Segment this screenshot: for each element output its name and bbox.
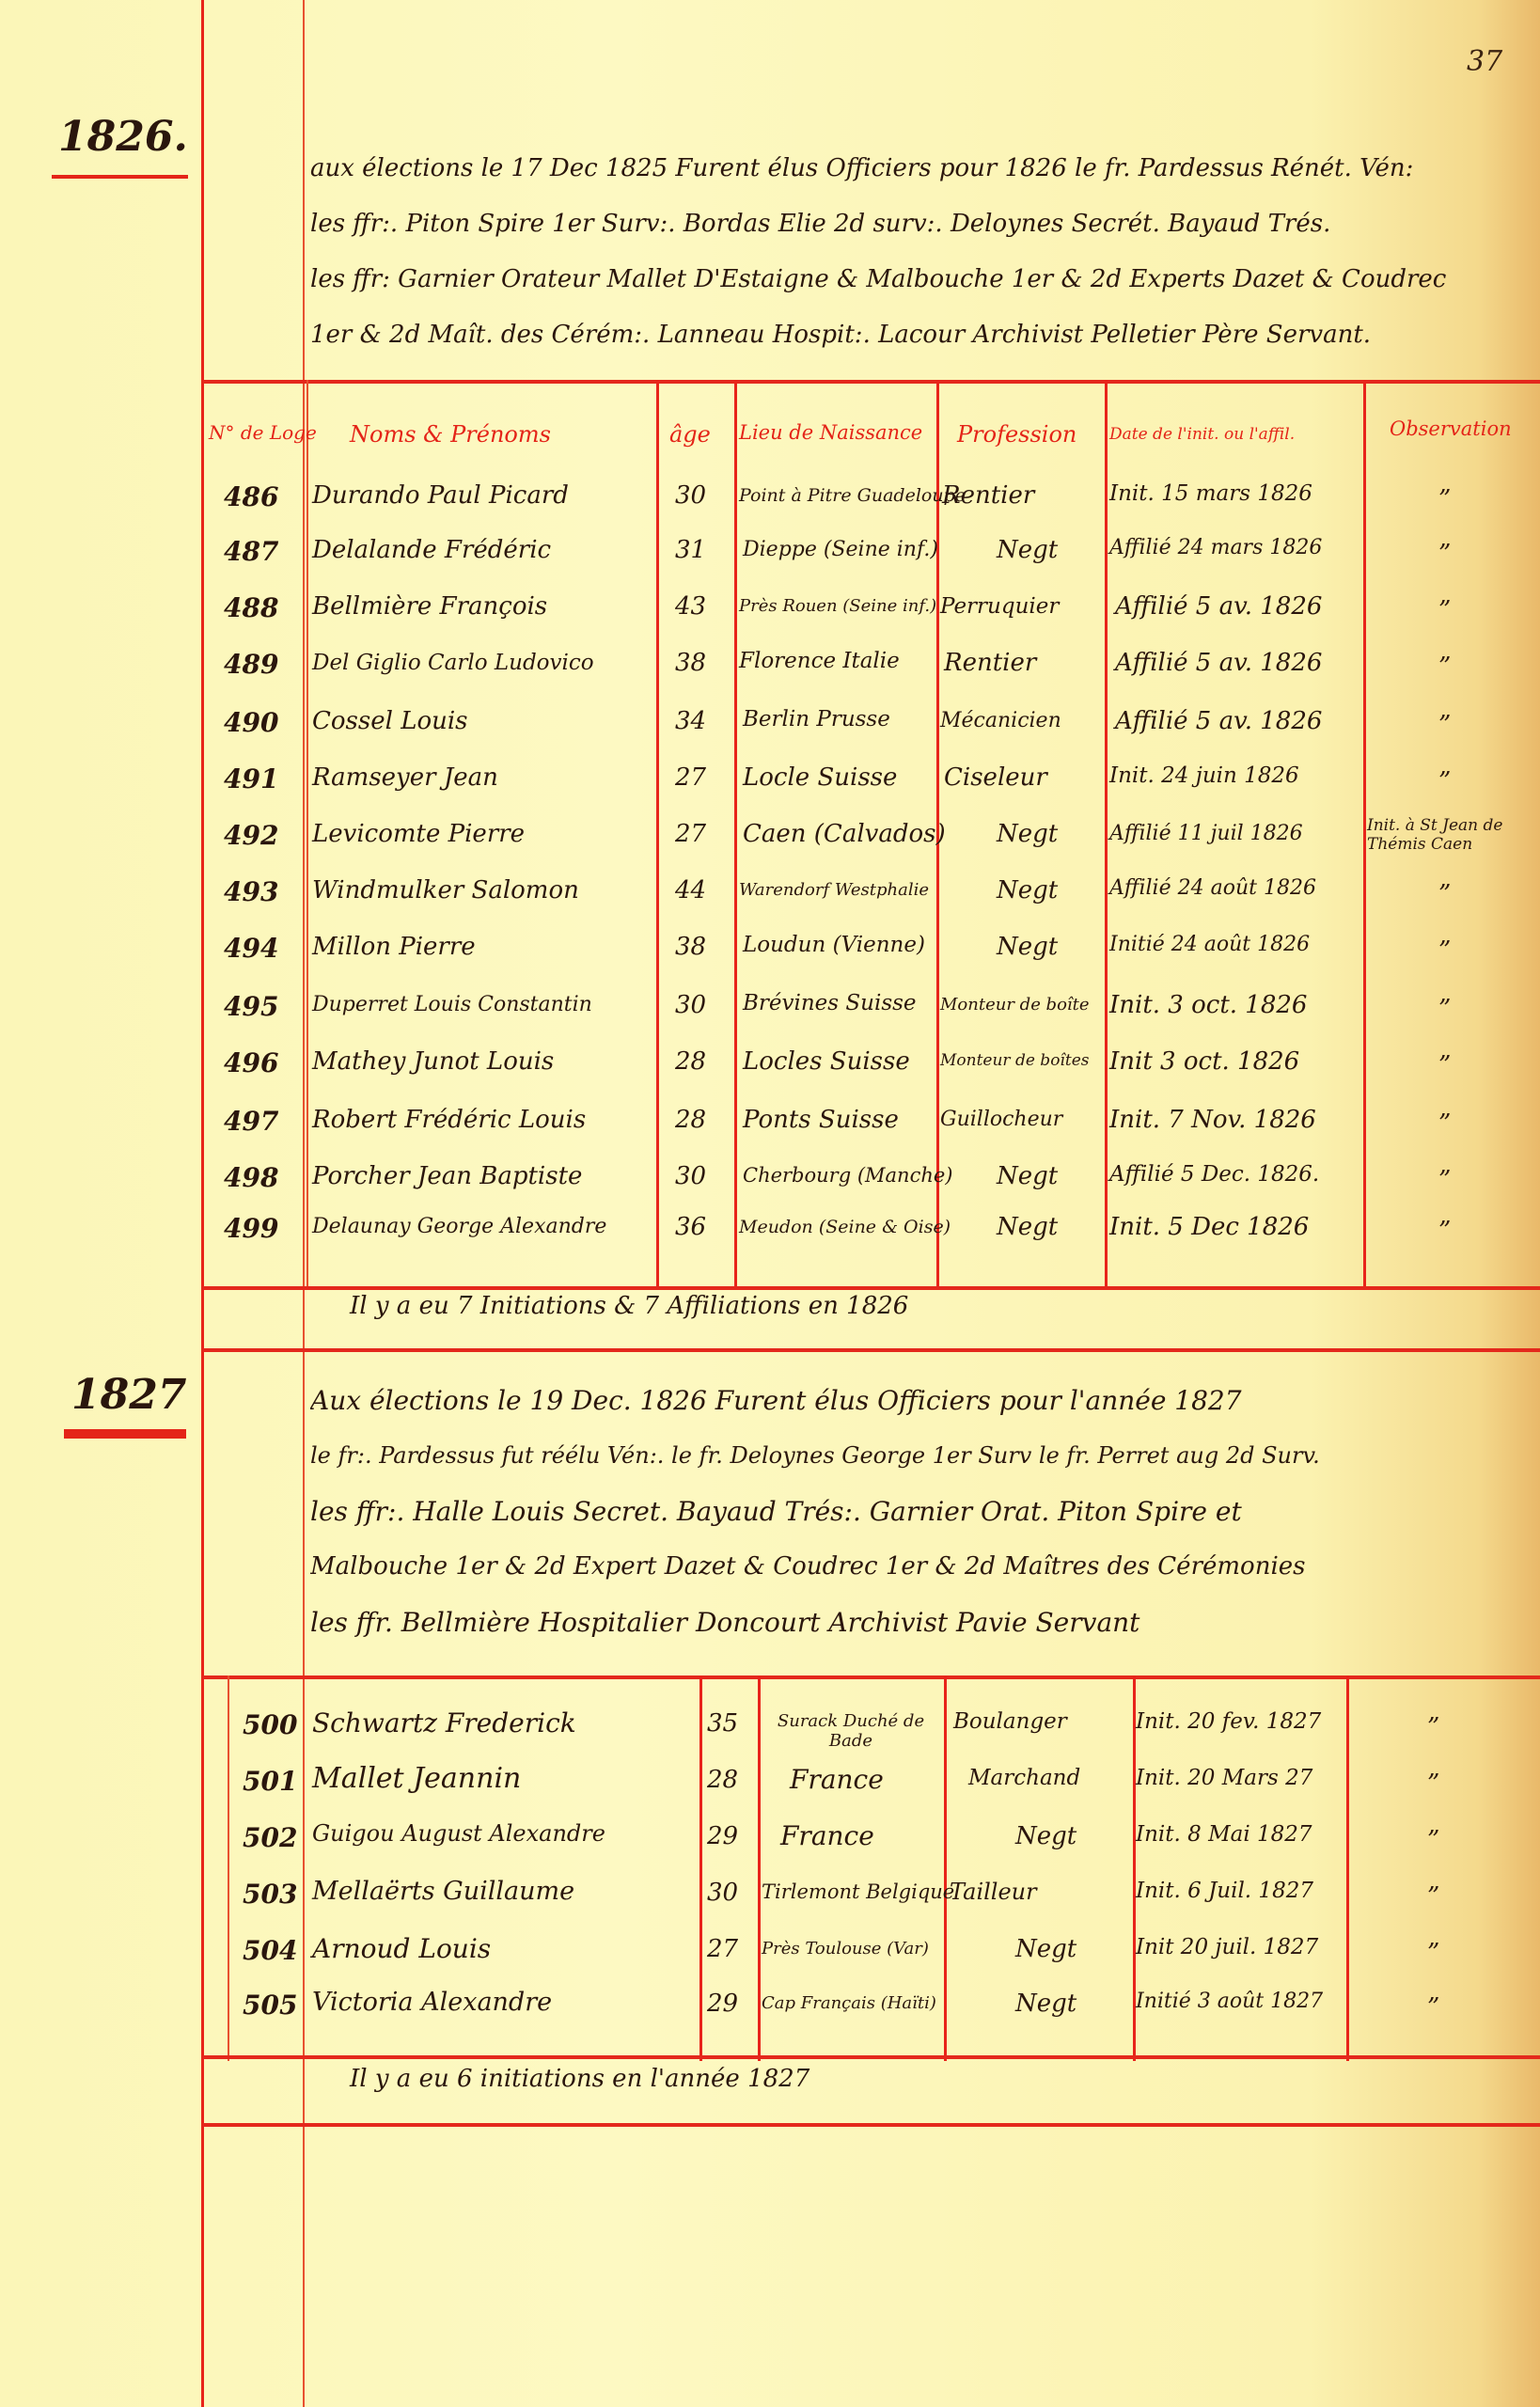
member-name: Mathey Junot Louis xyxy=(312,1047,554,1076)
member-name: Levicomte Pierre xyxy=(312,820,525,848)
member-name: Millon Pierre xyxy=(312,933,476,961)
member-name: Delalande Frédéric xyxy=(312,536,551,564)
member-observation: Init. à St Jean de Thémis Caen xyxy=(1367,816,1536,854)
member-birthplace: Warendorf Westphalie xyxy=(739,880,929,900)
member-birthplace: Locles Suisse xyxy=(743,1047,910,1076)
lodge-number: 486 xyxy=(224,481,278,512)
member-observation: ” xyxy=(1438,485,1451,513)
member-profession: Negt xyxy=(997,1162,1058,1190)
header-birthplace: Lieu de Naissance xyxy=(739,421,922,444)
member-name: Cossel Louis xyxy=(312,707,468,735)
col-rule xyxy=(734,380,737,1288)
member-birthplace: Cherbourg (Manche) xyxy=(743,1164,952,1187)
table-1827-bottom-rule xyxy=(202,2055,1540,2059)
member-profession: Negt xyxy=(997,876,1058,905)
lodge-number: 490 xyxy=(224,707,278,738)
inner-margin-rule xyxy=(303,0,305,2407)
member-date: Init. 8 Mai 1827 xyxy=(1136,1822,1312,1847)
member-birthplace: Ponts Suisse xyxy=(743,1106,899,1134)
election-line: aux élections le 17 Dec 1825 Furent élus… xyxy=(310,141,1514,197)
member-name: Schwartz Frederick xyxy=(312,1707,576,1738)
member-observation: ” xyxy=(1438,1217,1451,1245)
year-1827-underline xyxy=(64,1420,186,1439)
member-name: Robert Frédéric Louis xyxy=(312,1106,586,1134)
member-date: Init. 20 fev. 1827 xyxy=(1136,1709,1321,1734)
member-name: Mellaërts Guillaume xyxy=(312,1877,574,1906)
member-date: Init. 24 juin 1826 xyxy=(1109,763,1299,788)
ledger-page: 37 1826. aux élections le 17 Dec 1825 Fu… xyxy=(0,0,1540,2407)
header-profession: Profession xyxy=(957,421,1076,448)
member-profession: Boulanger xyxy=(953,1709,1067,1734)
member-birthplace: Loudun (Vienne) xyxy=(743,933,925,957)
member-profession: Negt xyxy=(997,536,1058,564)
member-name: Victoria Alexandre xyxy=(312,1988,552,2017)
lodge-number: 494 xyxy=(224,933,278,964)
member-profession: Mécanicien xyxy=(940,709,1061,732)
member-profession: Negt xyxy=(997,820,1058,848)
member-date: Affilié 24 mars 1826 xyxy=(1109,536,1322,559)
member-profession: Negt xyxy=(1015,1990,1076,2018)
member-observation: ” xyxy=(1427,1770,1439,1798)
col-rule xyxy=(228,1675,229,2061)
header-observation: Observation xyxy=(1390,417,1512,440)
member-profession: Tailleur xyxy=(950,1879,1037,1905)
member-date: Initié 24 août 1826 xyxy=(1109,933,1310,956)
member-age: 30 xyxy=(675,481,706,510)
member-age: 28 xyxy=(675,1106,706,1134)
member-date: Affilié 5 Dec. 1826. xyxy=(1109,1162,1319,1187)
lodge-number: 496 xyxy=(224,1047,278,1078)
member-birthplace: Tirlemont Belgique xyxy=(762,1880,954,1903)
election-line: Aux élections le 19 Dec. 1826 Furent élu… xyxy=(310,1373,1514,1428)
member-observation: ” xyxy=(1438,1051,1451,1079)
summary-1827: Il y a eu 6 initiations en l'année 1827 xyxy=(350,2065,809,2093)
member-observation: ” xyxy=(1438,1109,1451,1138)
member-birthplace: Dieppe (Seine inf.) xyxy=(743,538,938,561)
member-profession: Negt xyxy=(997,933,1058,961)
member-observation: ” xyxy=(1427,1939,1439,1967)
member-age: 30 xyxy=(675,1162,706,1190)
election-1827-text: Aux élections le 19 Dec. 1826 Furent élu… xyxy=(310,1373,1514,1650)
member-profession: Monteur de boîtes xyxy=(940,1051,1089,1070)
member-birthplace: France xyxy=(790,1764,884,1795)
member-name: Ramseyer Jean xyxy=(312,763,498,792)
member-age: 27 xyxy=(707,1935,738,1963)
member-age: 36 xyxy=(675,1213,706,1241)
member-name: Guigou August Alexandre xyxy=(312,1820,605,1847)
lodge-number: 497 xyxy=(224,1106,278,1137)
page-number: 37 xyxy=(1467,45,1502,78)
member-age: 30 xyxy=(707,1879,738,1907)
col-rule xyxy=(944,1675,947,2061)
member-birthplace: Locle Suisse xyxy=(743,763,897,792)
member-date: Init 3 oct. 1826 xyxy=(1109,1047,1299,1076)
year-1826-label: 1826. xyxy=(58,113,188,161)
election-line: Malbouche 1er & 2d Expert Dazet & Coudre… xyxy=(310,1539,1514,1595)
lodge-number: 501 xyxy=(243,1766,297,1797)
member-birthplace: Florence Italie xyxy=(739,649,900,673)
lodge-number: 505 xyxy=(243,1990,297,2021)
member-observation: ” xyxy=(1438,767,1451,795)
lodge-number: 499 xyxy=(224,1213,278,1244)
member-date: Initié 3 août 1827 xyxy=(1136,1990,1323,2013)
member-observation: ” xyxy=(1438,995,1451,1023)
col-rule xyxy=(656,380,659,1288)
member-observation: ” xyxy=(1427,1882,1439,1911)
member-name: Del Giglio Carlo Ludovico xyxy=(312,651,594,675)
col-rule xyxy=(699,1675,702,2061)
member-date: Init 20 juil. 1827 xyxy=(1136,1935,1318,1959)
member-profession: Ciseleur xyxy=(944,763,1047,792)
lodge-number: 504 xyxy=(243,1935,297,1966)
section-end-rule xyxy=(202,2123,1540,2127)
member-age: 31 xyxy=(675,536,706,564)
member-name: Porcher Jean Baptiste xyxy=(312,1162,582,1190)
member-name: Durando Paul Picard xyxy=(312,481,569,510)
lodge-number: 503 xyxy=(243,1879,297,1910)
member-profession: Negt xyxy=(1015,1822,1076,1850)
lodge-number: 495 xyxy=(224,991,278,1022)
table-1826-top-rule xyxy=(202,380,1540,384)
member-observation: ” xyxy=(1438,880,1451,908)
member-observation: ” xyxy=(1438,936,1451,965)
member-profession: Marchand xyxy=(968,1766,1080,1790)
election-line: 1er & 2d Maît. des Cérém:. Lanneau Hospi… xyxy=(310,307,1514,363)
member-profession: Perruquier xyxy=(940,594,1059,619)
table-1827-top-rule xyxy=(202,1675,1540,1679)
member-name: Arnoud Louis xyxy=(312,1933,491,1964)
member-age: 30 xyxy=(675,991,706,1019)
lodge-number: 489 xyxy=(224,649,278,680)
member-date: Init. 6 Juil. 1827 xyxy=(1136,1879,1313,1903)
lodge-number: 502 xyxy=(243,1822,297,1853)
year-1827-label: 1827 xyxy=(71,1371,186,1419)
col-rule xyxy=(1105,380,1108,1288)
member-name: Bellmière François xyxy=(312,592,547,621)
member-date: Affilié 11 juil 1826 xyxy=(1109,822,1303,845)
col-rule xyxy=(1363,380,1366,1288)
member-age: 29 xyxy=(707,1990,738,2018)
member-date: Affilié 24 août 1826 xyxy=(1109,876,1316,900)
header-no-loge: N° de Loge xyxy=(209,421,317,444)
margin-rule xyxy=(201,0,204,2407)
member-birthplace: Meudon (Seine & Oise) xyxy=(739,1217,951,1237)
member-age: 44 xyxy=(675,876,706,905)
election-1826-text: aux élections le 17 Dec 1825 Furent élus… xyxy=(310,141,1514,363)
member-profession: Rentier xyxy=(942,481,1034,510)
col-rule xyxy=(306,380,308,1288)
member-date: Init. 15 mars 1826 xyxy=(1109,481,1312,506)
header-date: Date de l'init. ou l'affil. xyxy=(1109,425,1295,444)
member-observation: ” xyxy=(1438,1166,1451,1194)
member-age: 38 xyxy=(675,933,706,961)
member-birthplace: Cap Français (Haïti) xyxy=(762,1993,936,2013)
member-age: 43 xyxy=(675,592,706,621)
col-rule xyxy=(1346,1675,1349,2061)
member-observation: ” xyxy=(1427,1713,1439,1741)
member-date: Init. 7 Nov. 1826 xyxy=(1109,1106,1316,1134)
summary-1826: Il y a eu 7 Initiations & 7 Affiliations… xyxy=(350,1292,908,1320)
member-age: 38 xyxy=(675,649,706,677)
member-profession: Monteur de boîte xyxy=(940,995,1090,1015)
member-observation: ” xyxy=(1438,711,1451,739)
member-age: 35 xyxy=(707,1709,738,1738)
member-observation: ” xyxy=(1438,596,1451,624)
member-age: 29 xyxy=(707,1822,738,1850)
member-observation: ” xyxy=(1427,1993,1439,2022)
member-observation: ” xyxy=(1438,540,1451,568)
member-date: Affilié 5 av. 1826 xyxy=(1115,707,1322,735)
member-birthplace: Près Rouen (Seine inf.) xyxy=(739,596,936,616)
member-birthplace: Berlin Prusse xyxy=(743,707,890,732)
member-birthplace: Point à Pitre Guadeloupe xyxy=(739,485,966,506)
year-1826-underline xyxy=(52,165,188,179)
member-name: Delaunay George Alexandre xyxy=(312,1215,606,1238)
section-divider-rule xyxy=(202,1348,1540,1352)
lodge-number: 487 xyxy=(224,536,278,567)
lodge-number: 500 xyxy=(243,1709,297,1740)
member-birthplace: France xyxy=(780,1820,874,1851)
member-age: 34 xyxy=(675,707,706,735)
lodge-number: 491 xyxy=(224,763,278,794)
member-age: 28 xyxy=(675,1047,706,1076)
header-age: âge xyxy=(669,421,711,448)
member-birthplace: Près Toulouse (Var) xyxy=(762,1939,929,1959)
member-date: Init. 20 Mars 27 xyxy=(1136,1766,1312,1790)
member-profession: Negt xyxy=(1015,1935,1076,1963)
lodge-number: 492 xyxy=(224,820,278,851)
member-age: 27 xyxy=(675,820,706,848)
election-line: le fr:. Pardessus fut réélu Vén:. le fr.… xyxy=(310,1428,1514,1484)
member-birthplace: Brévines Suisse xyxy=(743,991,917,1015)
election-line: les ffr:. Piton Spire 1er Surv:. Bordas … xyxy=(310,197,1514,252)
member-date: Init. 3 oct. 1826 xyxy=(1109,991,1307,1019)
election-line: les ffr:. Halle Louis Secret. Bayaud Tré… xyxy=(310,1484,1514,1539)
member-observation: ” xyxy=(1427,1826,1439,1854)
lodge-number: 498 xyxy=(224,1162,278,1193)
lodge-number: 493 xyxy=(224,876,278,907)
table-1826-bottom-rule xyxy=(202,1286,1540,1290)
election-line: les ffr. Bellmière Hospitalier Doncourt … xyxy=(310,1595,1514,1650)
lodge-number: 488 xyxy=(224,592,278,623)
member-age: 28 xyxy=(707,1766,738,1794)
member-birthplace: Surack Duché de Bade xyxy=(762,1711,940,1751)
member-date: Affilié 5 av. 1826 xyxy=(1115,592,1322,621)
header-names: Noms & Prénoms xyxy=(350,421,551,448)
member-age: 27 xyxy=(675,763,706,792)
member-date: Affilié 5 av. 1826 xyxy=(1115,649,1322,677)
member-name: Duperret Louis Constantin xyxy=(312,993,592,1016)
member-birthplace: Caen (Calvados) xyxy=(743,820,946,848)
member-date: Init. 5 Dec 1826 xyxy=(1109,1213,1309,1241)
col-rule xyxy=(758,1675,761,2061)
member-profession: Negt xyxy=(997,1213,1058,1241)
member-profession: Guillocheur xyxy=(940,1108,1062,1131)
member-name: Mallet Jeannin xyxy=(312,1762,521,1795)
member-name: Windmulker Salomon xyxy=(312,876,579,905)
member-profession: Rentier xyxy=(944,649,1036,677)
election-line: les ffr: Garnier Orateur Mallet D'Estaig… xyxy=(310,252,1514,307)
member-observation: ” xyxy=(1438,653,1451,681)
